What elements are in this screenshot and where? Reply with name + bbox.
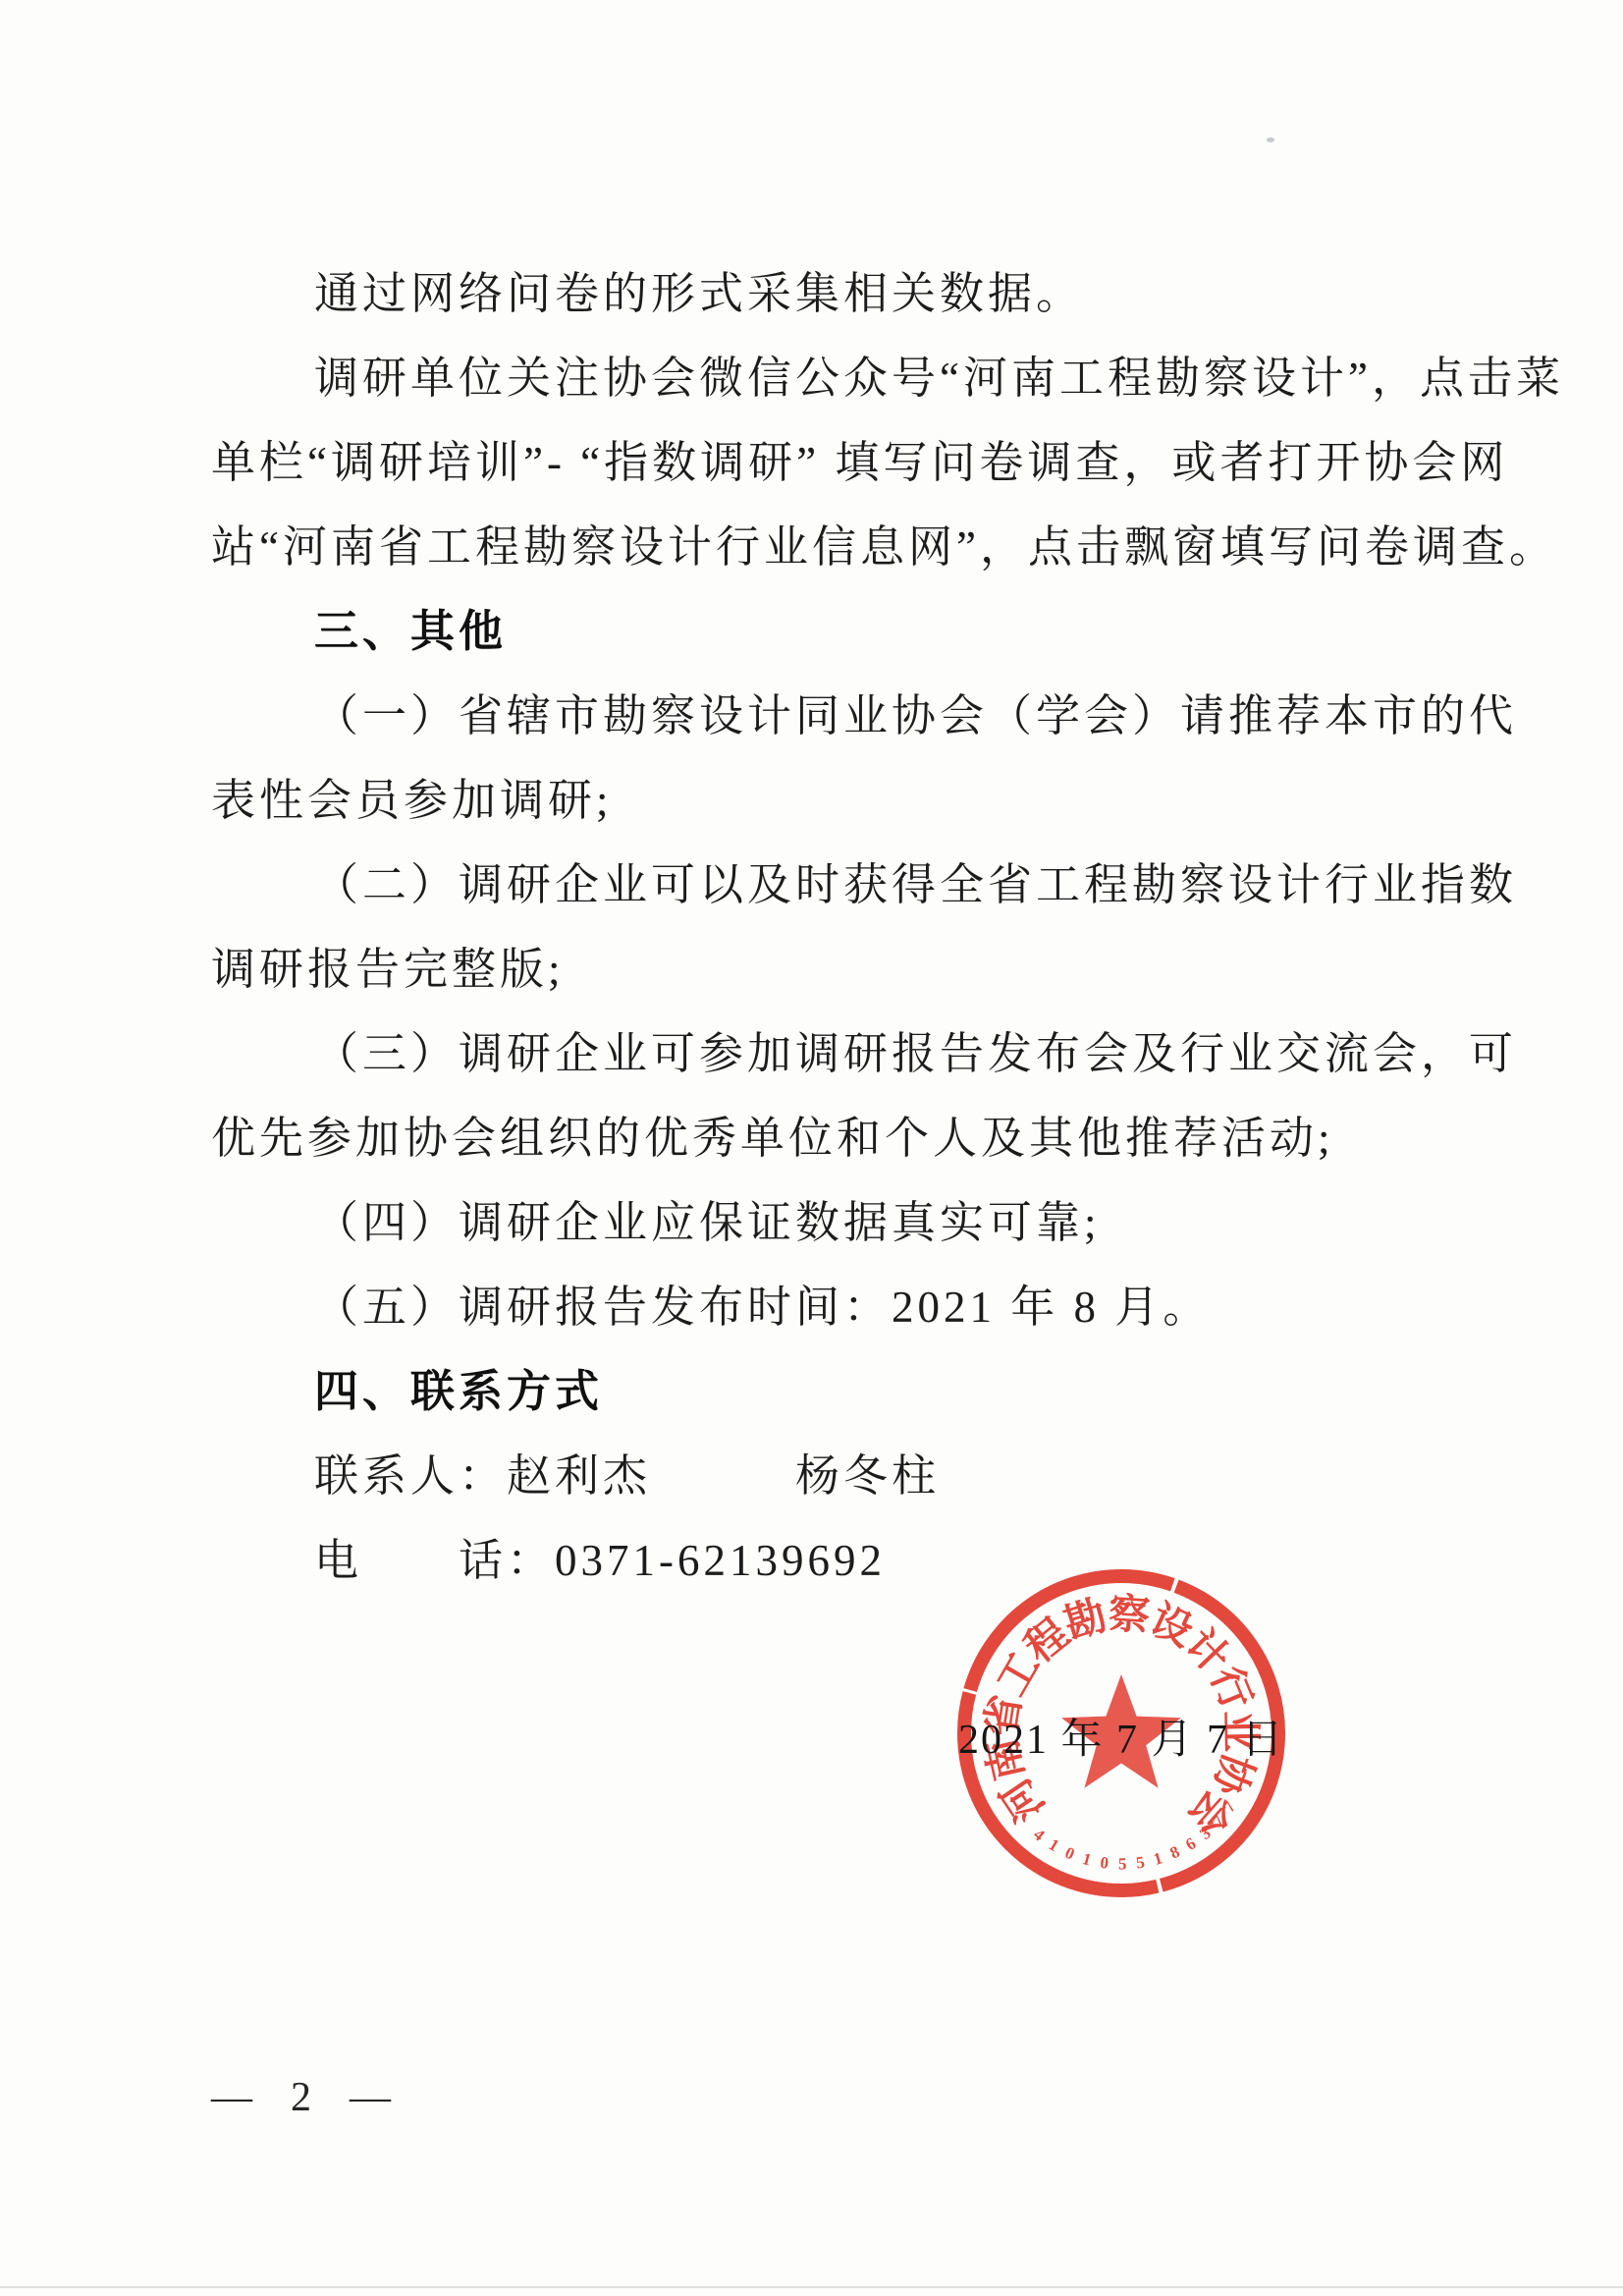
scan-edge-line: [0, 2286, 1623, 2288]
seal-code-digit: 8: [1167, 1842, 1183, 1863]
seal-arc-character: 察: [1107, 1591, 1151, 1640]
seal-code-digit: 1: [1080, 1849, 1093, 1870]
scan-speck: [1267, 137, 1274, 142]
paragraph-line: 单栏“调研培训”- “指数调研” 填写问卷调查，或者打开协会网: [211, 420, 1431, 505]
section-heading-four: 四、联系方式: [211, 1349, 1431, 1434]
paragraph-line: 通过网络问卷的形式采集相关数据。: [211, 251, 1431, 336]
list-item-line: 表性会员参加调研;: [211, 758, 1431, 843]
list-item-line: 优先参加协会组织的优秀单位和个人及其他推荐活动;: [211, 1096, 1431, 1180]
list-item-line: 调研报告完整版;: [211, 927, 1431, 1011]
list-item-line: （三）调研企业可参加调研报告发布会及行业交流会，可: [211, 1011, 1431, 1096]
seal-code-digit: 6: [1182, 1833, 1199, 1854]
document-body: 通过网络问卷的形式采集相关数据。 调研单位关注协会微信公众号“河南工程勘察设计”…: [211, 251, 1431, 1603]
contact-person-line: 联系人：赵利杰 杨冬柱: [211, 1434, 1431, 1518]
paragraph-line: 站“河南省工程勘察设计行业信息网”，点击飘窗填写问卷调查。: [211, 505, 1431, 589]
list-item-line: （二）调研企业可以及时获得全省工程勘察设计行业指数: [211, 843, 1431, 927]
seal-code-digit: 4: [1030, 1825, 1049, 1844]
seal-code-digit: 1: [1152, 1848, 1164, 1869]
seal-code-digit: 5: [1118, 1854, 1127, 1873]
seal-code-digit: 0: [1099, 1853, 1109, 1873]
section-heading-three: 三、其他: [211, 589, 1431, 674]
document-page: 通过网络问卷的形式采集相关数据。 调研单位关注协会微信公众号“河南工程勘察设计”…: [0, 0, 1623, 2296]
seal-code-digit: 5: [1135, 1853, 1146, 1873]
list-item-line: （一）省辖市勘察设计同业协会（学会）请推荐本市的代: [211, 674, 1431, 758]
list-item-line: （四）调研企业应保证数据真实可靠;: [211, 1180, 1431, 1265]
seal-code-digit: 1: [1046, 1835, 1062, 1856]
list-item-line: （五）调研报告发布时间：2021 年 8 月。: [211, 1265, 1431, 1349]
page-number: — 2 —: [211, 2074, 397, 2121]
seal-code-digit: 0: [1062, 1843, 1077, 1864]
paragraph-line: 调研单位关注协会微信公众号“河南工程勘察设计”，点击菜: [211, 336, 1431, 420]
stamp-date: 2021 年 7 月 7 日: [958, 1707, 1282, 1766]
